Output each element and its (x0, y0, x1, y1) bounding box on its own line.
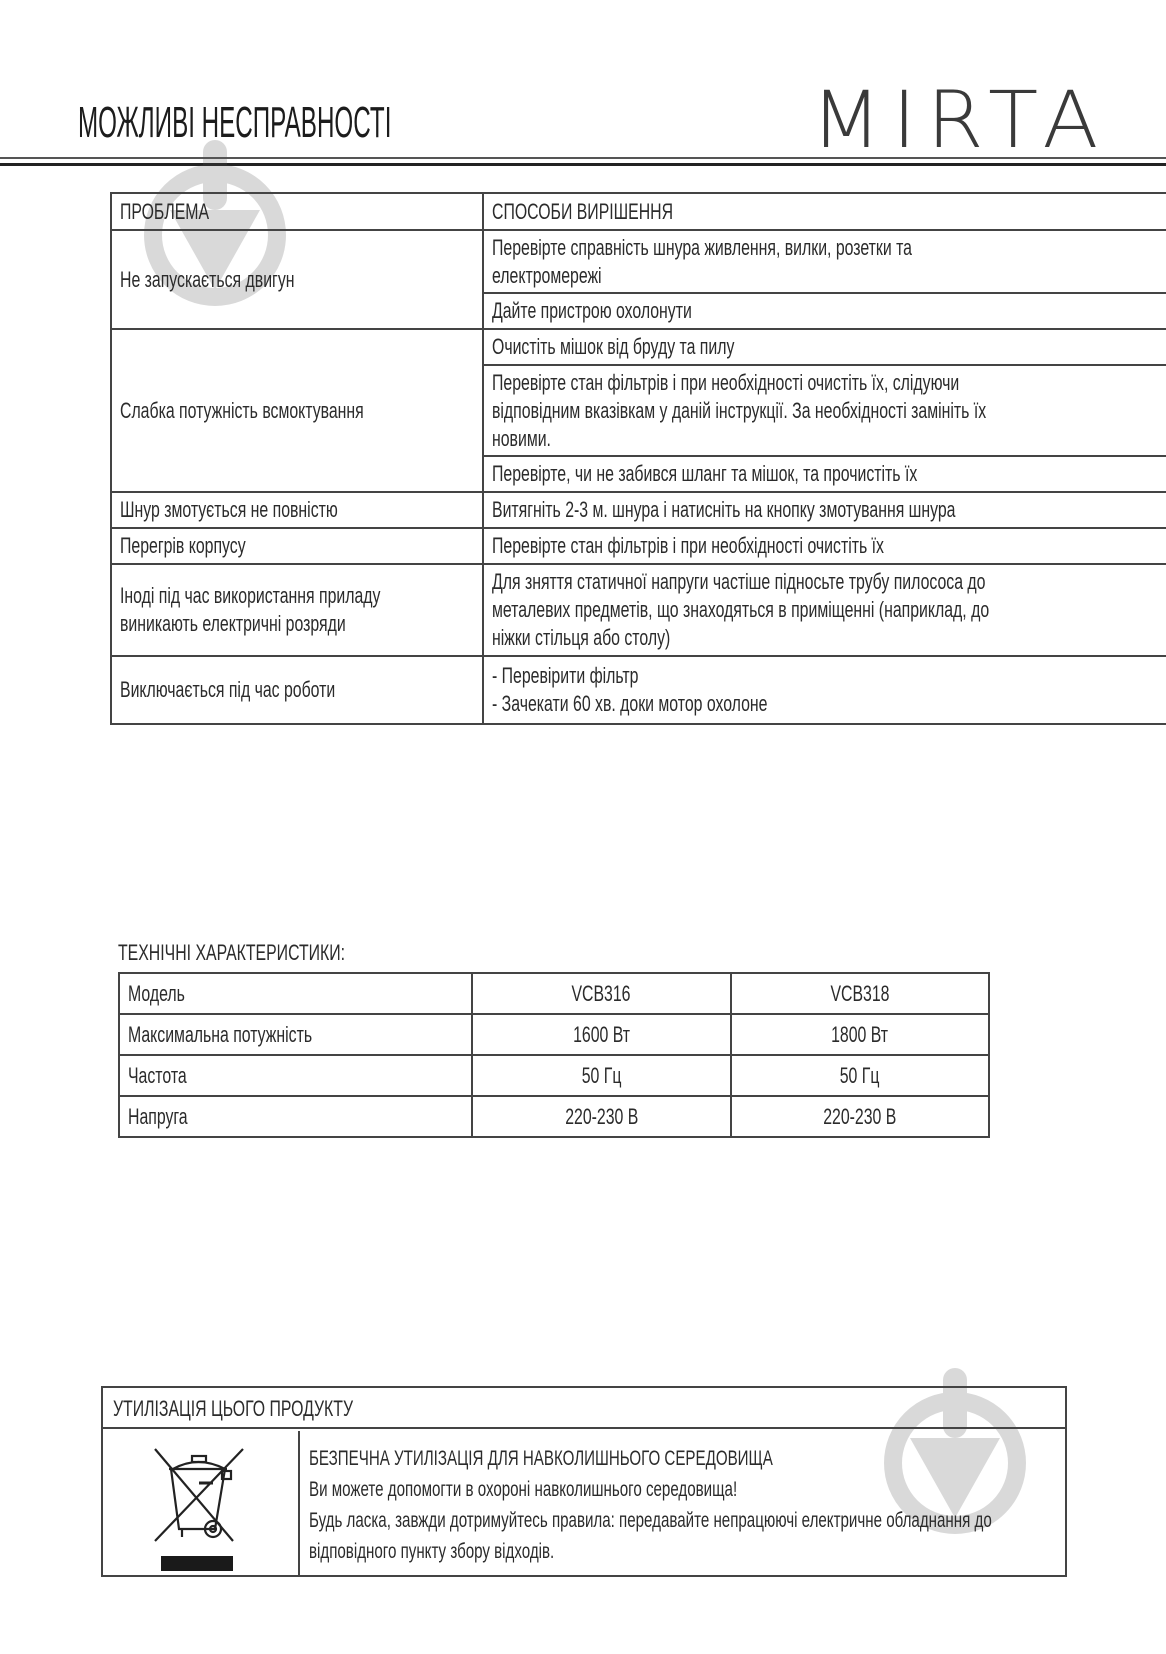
spec-value: 220-230 В (472, 1096, 730, 1137)
column-header-solutions: СПОСОБИ ВИРІШЕННЯ (483, 193, 1166, 230)
table-row: Слабка потужність всмоктування Очистіть … (111, 329, 1166, 365)
spec-value: 50 Гц (731, 1055, 989, 1096)
spec-value: 220-230 В (731, 1096, 989, 1137)
table-row: Перегрів корпусу Перевірте стан фільтрів… (111, 528, 1166, 564)
spec-label: Модель (119, 973, 472, 1014)
solution-cell: Перевірте справність шнура живлення, вил… (483, 230, 1166, 293)
disposal-subtitle: БЕЗПЕЧНА УТИЛІЗАЦІЯ ДЛЯ НАВКОЛИШНЬОГО СЕ… (309, 1443, 992, 1474)
problem-cell: Іноді під час використання приладу виник… (111, 564, 483, 656)
table-row: Модель VCB316 VCB318 (119, 973, 989, 1014)
solution-cell: Перевірте стан фільтрів і при необхіднос… (483, 528, 1166, 564)
problem-cell: Слабка потужність всмоктування (111, 329, 483, 492)
problem-cell: Не запускається двигун (111, 230, 483, 329)
disposal-text: БЕЗПЕЧНА УТИЛІЗАЦІЯ ДЛЯ НАВКОЛИШНЬОГО СЕ… (309, 1443, 1166, 1567)
spec-label: Напруга (119, 1096, 472, 1137)
table-row: Іноді під час використання приладу виник… (111, 564, 1166, 656)
solution-cell: Дайте пристрою охолонути (483, 293, 1166, 329)
spec-value: 1800 Вт (731, 1014, 989, 1055)
table-header-row: ПРОБЛЕМА СПОСОБИ ВИРІШЕННЯ (111, 193, 1166, 230)
crossed-out-wheelie-bin-icon (103, 1431, 298, 1575)
table-row: Шнур змотується не повністю Витягніть 2-… (111, 492, 1166, 528)
specs-heading: ТЕХНІЧНІ ХАРАКТЕРИСТИКИ: (118, 940, 433, 966)
problem-cell: Шнур змотується не повністю (111, 492, 483, 528)
table-row: Максимальна потужність 1600 Вт 1800 Вт (119, 1014, 989, 1055)
solution-cell: Перевірте стан фільтрів і при необхіднос… (483, 365, 1166, 456)
column-header-problem: ПРОБЛЕМА (111, 193, 483, 230)
problem-cell: Перегрів корпусу (111, 528, 483, 564)
spec-label: Максимальна потужність (119, 1014, 472, 1055)
spec-value: VCB318 (731, 973, 989, 1014)
table-row: Не запускається двигун Перевірте справні… (111, 230, 1166, 293)
disposal-title: УТИЛІЗАЦІЯ ЦЬОГО ПРОДУКТУ (103, 1388, 1065, 1429)
brand-logo: MIRTA (818, 76, 1102, 166)
table-row: Частота 50 Гц 50 Гц (119, 1055, 989, 1096)
specs-table: Модель VCB316 VCB318 Максимальна потужні… (118, 972, 990, 1138)
disposal-section: УТИЛІЗАЦІЯ ЦЬОГО ПРОДУКТУ БЕЗПЕЧНА УТИЛІ… (101, 1386, 1067, 1577)
table-row: Виключається під час роботи - Перевірити… (111, 656, 1166, 724)
solution-cell: - Перевірити фільтр - Зачекати 60 хв. до… (483, 656, 1166, 724)
spec-value: 1600 Вт (472, 1014, 730, 1055)
table-row: Напруга 220-230 В 220-230 В (119, 1096, 989, 1137)
spec-label: Частота (119, 1055, 472, 1096)
solution-cell: Для зняття статичної напруги частіше під… (483, 564, 1166, 656)
problem-cell: Виключається під час роботи (111, 656, 483, 724)
spec-value: 50 Гц (472, 1055, 730, 1096)
solution-cell: Очистіть мішок від бруду та пилу (483, 329, 1166, 365)
spec-value: VCB316 (472, 973, 730, 1014)
disposal-icon-cell (103, 1431, 300, 1575)
solution-cell: Витягніть 2-3 м. шнура і натисніть на кн… (483, 492, 1166, 528)
faults-table: ПРОБЛЕМА СПОСОБИ ВИРІШЕННЯ Не запускаєть… (110, 192, 1166, 725)
solution-cell: Перевірте, чи не забився шланг та мішок,… (483, 456, 1166, 492)
